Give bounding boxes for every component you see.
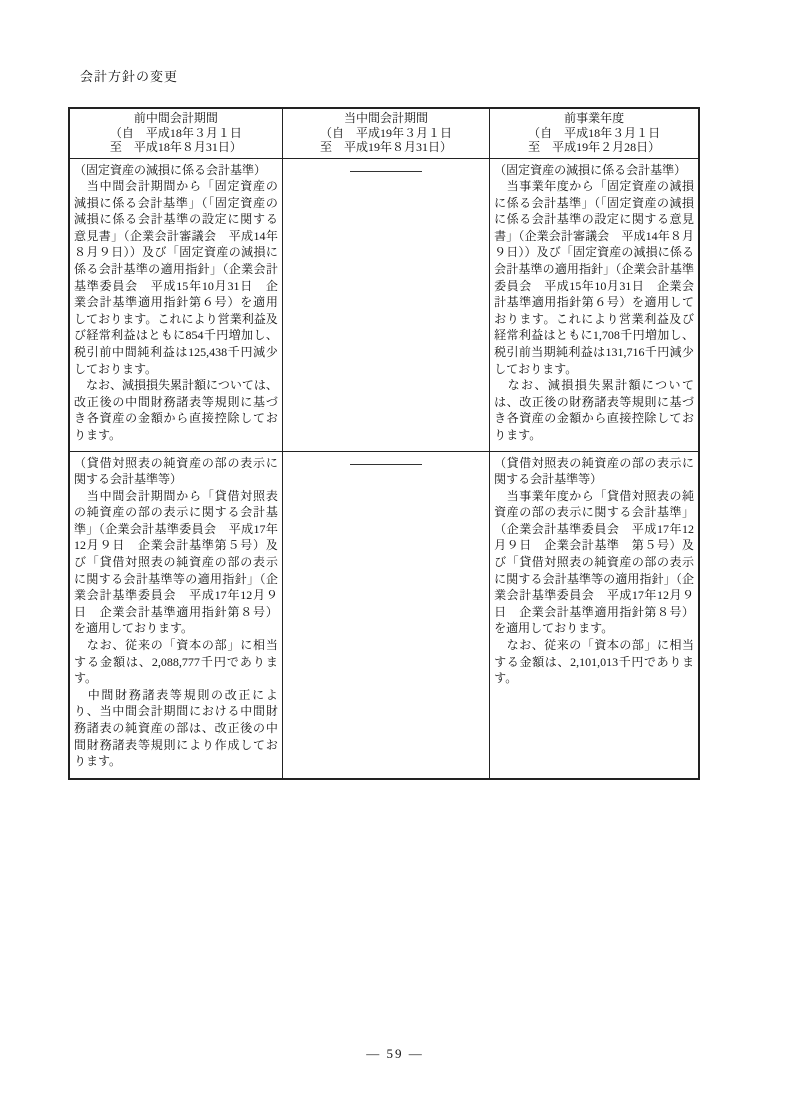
cell-paragraph: 当中間会計期間から「固定資産の減損に係る会計基準」（「固定資産の減損に係る会計基…: [74, 178, 278, 377]
cell-paragraph: 当中間会計期間から「貸借対照表の純資産の部の表示に関する会計基準」（企業会計基準…: [74, 488, 278, 637]
table-header-row: 前中間会計期間 （自 平成18年３月１日 至 平成18年８月31日） 当中間会計…: [69, 108, 699, 158]
period-to: 至 平成18年８月31日）: [74, 140, 278, 155]
cell-heading: （貸借対照表の純資産の部の表示に関する会計基準等）: [494, 455, 694, 488]
cell-paragraph: 当事業年度から「貸借対照表の純資産の部の表示に関する会計基準」（企業会計基準委員…: [494, 488, 694, 637]
cell-prev-interim-net-assets: （貸借対照表の純資産の部の表示に関する会計基準等） 当中間会計期間から「貸借対照…: [69, 451, 282, 779]
cell-paragraph: 中間財務諸表等規則の改正により、当中間会計期間における中間財務諸表の純資産の部は…: [74, 687, 278, 770]
cell-paragraph: なお、減損損失累計額については、改正後の財務諸表等規則に基づき各資産の金額から直…: [494, 377, 694, 443]
cell-prev-fiscal-net-assets: （貸借対照表の純資産の部の表示に関する会計基準等） 当事業年度から「貸借対照表の…: [490, 451, 699, 779]
cell-paragraph: なお、従来の「資本の部」に相当する金額は、2,101,013千円であります。: [494, 637, 694, 687]
table-row-impairment-standard: （固定資産の減損に係る会計基準） 当中間会計期間から「固定資産の減損に係る会計基…: [69, 158, 699, 451]
cell-paragraph: なお、従来の「資本の部」に相当する金額は、2,088,777千円であります。: [74, 637, 278, 687]
empty-marker-dash-icon: [350, 171, 422, 172]
accounting-policy-change-table: 前中間会計期間 （自 平成18年３月１日 至 平成18年８月31日） 当中間会計…: [68, 107, 700, 780]
cell-heading: （貸借対照表の純資産の部の表示に関する会計基準等）: [74, 455, 278, 488]
column-title: 当中間会計期間: [287, 111, 485, 126]
cell-current-interim-impairment-empty: [282, 158, 489, 451]
page-number-footer: ― 59 ―: [0, 1046, 790, 1062]
cell-current-interim-net-assets-empty: [282, 451, 489, 779]
empty-marker-dash-icon: [350, 464, 422, 465]
cell-prev-interim-impairment: （固定資産の減損に係る会計基準） 当中間会計期間から「固定資産の減損に係る会計基…: [69, 158, 282, 451]
cell-prev-fiscal-impairment: （固定資産の減損に係る会計基準） 当事業年度から「固定資産の減損に係る会計基準」…: [490, 158, 699, 451]
table-row-net-assets-presentation: （貸借対照表の純資産の部の表示に関する会計基準等） 当中間会計期間から「貸借対照…: [69, 451, 699, 779]
column-header-prev-fiscal-year: 前事業年度 （自 平成18年３月１日 至 平成19年２月28日）: [490, 108, 699, 158]
document-page: 会計方針の変更 前中間会計期間 （自 平成18年３月１日 至 平成18年８月31…: [0, 0, 790, 1118]
period-to: 至 平成19年２月28日）: [494, 140, 694, 155]
cell-paragraph: 当事業年度から「固定資産の減損に係る会計基準」（「固定資産の減損に係る会計基準の…: [494, 178, 694, 377]
period-from: （自 平成19年３月１日: [287, 126, 485, 141]
column-title: 前中間会計期間: [74, 111, 278, 126]
column-header-prev-interim-period: 前中間会計期間 （自 平成18年３月１日 至 平成18年８月31日）: [69, 108, 282, 158]
period-from: （自 平成18年３月１日: [494, 126, 694, 141]
column-title: 前事業年度: [494, 111, 694, 126]
column-header-current-interim-period: 当中間会計期間 （自 平成19年３月１日 至 平成19年８月31日）: [282, 108, 489, 158]
period-from: （自 平成18年３月１日: [74, 126, 278, 141]
cell-heading: （固定資産の減損に係る会計基準）: [74, 162, 278, 179]
period-to: 至 平成19年８月31日）: [287, 140, 485, 155]
cell-heading: （固定資産の減損に係る会計基準）: [494, 162, 694, 179]
cell-paragraph: なお、減損損失累計額については、改正後の中間財務諸表等規則に基づき各資産の金額か…: [74, 377, 278, 443]
page-title: 会計方針の変更: [80, 66, 178, 85]
